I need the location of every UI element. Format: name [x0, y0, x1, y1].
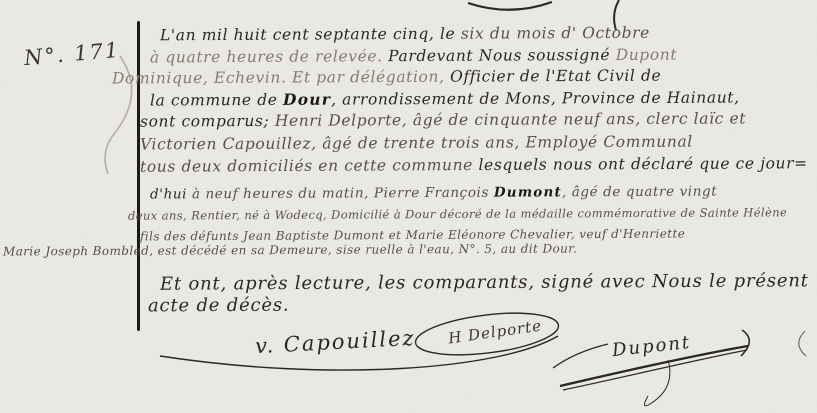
body-line-3: Dominique, Echevin. Et par délégation, O…	[112, 69, 661, 87]
body-line-4: la commune de Dour, arrondissement de Mo…	[150, 89, 740, 109]
body-line-2: à quatre heures de relevée. Pardevant No…	[150, 48, 677, 66]
line6-witness2: Victorien Capouillez, âgé de trente troi…	[140, 133, 693, 154]
dupont-descender	[644, 360, 669, 406]
line1-main: L'an mil huit cent septante cinq, le	[160, 25, 461, 45]
line3-title: Officier de l'Etat Civil de	[450, 67, 661, 86]
line4-a: la commune de	[150, 91, 283, 110]
body-line-9: deux ans, Rentier, né à Wodecq, Domicili…	[128, 207, 787, 222]
line8-deceased-surname: Dumont	[494, 184, 562, 200]
body-line-6: Victorien Capouillez, âgé de trente troi…	[140, 135, 693, 153]
body-line-12: Et ont, après lecture, les comparants, s…	[160, 272, 809, 293]
body-line-11: Marie Joseph Bombled, est décédé en sa D…	[3, 242, 577, 257]
line5-a: sont comparus;	[140, 112, 275, 131]
right-edge-stroke	[799, 331, 806, 356]
line9-text: deux ans, Rentier, né à Wodecq, Domicili…	[128, 205, 787, 222]
line3-name: Dominique, Echevin. Et par délégation,	[112, 68, 450, 88]
line7-a: tous deux domiciliés en cette commune	[140, 156, 479, 176]
signature-dupont: Dupont	[611, 332, 692, 361]
line4-commune: Dour	[283, 90, 331, 109]
body-line-10: fils des défunts Jean Baptiste Dumont et…	[140, 228, 685, 243]
line5-witness1: Henri Delporte, âgé de cinquante neuf an…	[275, 109, 746, 129]
body-line-8: d'hui à neuf heures du matin, Pierre Fra…	[150, 186, 717, 202]
line12-text: Et ont, après lecture, les comparants, s…	[160, 270, 809, 294]
body-line-7: tous deux domiciliés en cette commune le…	[140, 156, 808, 175]
line8-c: , âgé de quatre vingt	[562, 184, 717, 201]
line13-text: acte de décès.	[148, 295, 289, 317]
line8-a: d'hui	[150, 186, 192, 202]
signature-delporte: H Delporte	[447, 317, 543, 348]
body-line-13: acte de décès.	[148, 297, 289, 316]
top-cutoff-stroke	[468, 2, 552, 10]
dupont-leadin	[553, 344, 608, 368]
register-page-scan: N°. 171 L'an mil huit cent septante cinq…	[0, 0, 817, 413]
line11-text: Marie Joseph Bombled, est décédé en sa D…	[3, 241, 577, 258]
line2-main: Pardevant Nous soussigné	[388, 46, 616, 65]
line2-hour: à quatre heures de relevée.	[150, 47, 388, 66]
body-line-1: L'an mil huit cent septante cinq, le six…	[160, 26, 650, 44]
line4-b: , arrondissement de Mons, Province de Ha…	[331, 88, 740, 108]
signature-capouillez: v. Capouillez	[254, 326, 416, 358]
line7-b: lesquels nous ont déclaré que ce jour=	[478, 154, 807, 174]
line10-text: fils des défunts Jean Baptiste Dumont et…	[140, 227, 685, 244]
line8-b: à neuf heures du matin, Pierre François	[192, 185, 494, 203]
act-number: N°. 171	[23, 38, 121, 70]
dupont-end-curl	[741, 330, 749, 356]
line1-date: six du mois d' Octobre	[461, 24, 650, 43]
margin-rule	[137, 21, 140, 331]
line2-officer-name: Dupont	[616, 46, 678, 64]
body-line-5: sont comparus; Henri Delporte, âgé de ci…	[140, 111, 746, 130]
